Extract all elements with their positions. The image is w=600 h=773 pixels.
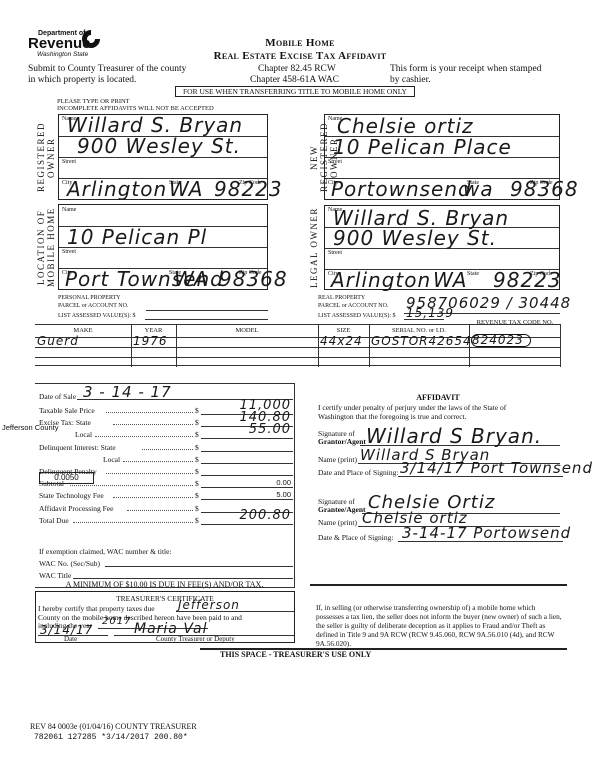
leader-dots — [127, 505, 193, 511]
leader-dots — [123, 456, 193, 462]
header-model: MODEL — [176, 327, 318, 334]
leader-dots — [106, 407, 193, 413]
treasurer-certificate-box: TREASURER'S CERTIFICATE I hereby certify… — [35, 591, 295, 643]
grantor-date-field[interactable]: 3/14/17 Port Townsend — [398, 465, 563, 477]
date-of-sale-label: Date of Sale — [39, 392, 76, 401]
registered-owner-label: REGISTERED OWNER — [36, 115, 58, 200]
affidavit-title: AFFIDAVIT — [318, 393, 558, 402]
tax-row-field[interactable]: 55.00 — [201, 428, 293, 439]
form-title-line1: Mobile Home — [200, 37, 400, 49]
street-label: Street — [328, 159, 342, 165]
new-owner-state[interactable]: wa — [463, 177, 494, 201]
tax-row-label: Affidavit Processing Fee — [39, 504, 113, 513]
submit-note-2: in which property is located. — [28, 75, 136, 86]
cell-serial[interactable]: GOSTOR42654 — [371, 334, 467, 348]
chapter-rcw: Chapter 82.45 RCW — [258, 64, 336, 75]
header-serial: SERIAL NO. or I.D. — [369, 327, 469, 334]
currency-symbol: $ — [195, 406, 199, 415]
currency-symbol: $ — [195, 491, 199, 500]
tax-row-field[interactable]: 5.00 — [201, 489, 293, 500]
cell-make[interactable]: Guerd — [37, 334, 129, 348]
grantor-date-label: Date and Place of Signing: — [318, 469, 398, 477]
table-row-divider — [35, 357, 561, 358]
leader-dots — [73, 517, 193, 523]
registered-owner-address[interactable]: 900 Wesley St. — [77, 134, 241, 158]
new-owner-city[interactable]: Portownsend — [331, 177, 472, 201]
tax-row-field[interactable] — [201, 441, 293, 452]
street-label: Street — [62, 159, 76, 165]
header-size: SIZE — [318, 327, 369, 334]
treasurer-line-1: I hereby certify that property taxes due — [38, 604, 155, 613]
header-make: MAKE — [35, 327, 131, 334]
wac-no-field[interactable] — [105, 559, 293, 567]
tax-row-label: Total Due — [39, 516, 69, 525]
currency-symbol: $ — [195, 467, 199, 476]
leader-dots — [113, 419, 193, 425]
real-parcel-label: PARCEL or ACCOUNT NO. — [318, 303, 388, 309]
cell-size[interactable]: 44x24 — [320, 334, 367, 348]
tax-row-field[interactable] — [201, 465, 293, 476]
grantee-date-label: Date & Place of Signing: — [318, 534, 393, 542]
wac-no-label: WAC No. (Sec/Sub) — [39, 559, 100, 568]
transfer-banner: FOR USE WHEN TRANSFERRING TITLE TO MOBIL… — [175, 86, 415, 97]
treasurer-county: Jefferson — [178, 598, 240, 612]
table-right-border — [560, 325, 561, 367]
grantor-signature-field[interactable]: Willard S Bryan. — [360, 432, 560, 446]
currency-symbol: $ — [195, 418, 199, 427]
receipt-note-2: by cashier. — [390, 75, 431, 86]
header-revenue-tax-code: REVENUE TAX CODE NO. — [469, 319, 561, 326]
legal-owner-city[interactable]: Arlington — [331, 268, 431, 292]
registered-owner-state[interactable]: WA — [169, 177, 203, 201]
grantee-name-label: Name (print) — [318, 519, 357, 527]
currency-symbol: $ — [195, 516, 199, 525]
treasurer-date-label: Date — [64, 635, 77, 643]
lien-notice: If, in selling (or otherwise transferrin… — [316, 603, 564, 648]
grantor-sig-label-2: Grantor/Agent — [318, 438, 366, 446]
street-label: Street — [328, 250, 342, 256]
street-label: Street — [62, 249, 76, 255]
tax-row-value: 200.80 — [240, 508, 292, 523]
legal-owner-box: Name Street City State Zip Code Willard … — [324, 205, 560, 290]
form-id: REV 84 0003e (01/04/16) COUNTY TREASURER — [30, 722, 197, 731]
currency-symbol: $ — [195, 430, 199, 439]
personal-parcel-label: PARCEL or ACCOUNT NO. — [58, 303, 128, 309]
grantee-date: 3-14-17 Portowsend — [402, 524, 571, 542]
date-of-sale-value: 3 - 14 - 17 — [83, 383, 172, 401]
grantor-date: 3/14/17 Port Townsend — [400, 459, 593, 477]
real-property-label: REAL PROPERTY — [318, 295, 365, 301]
cell-year[interactable]: 1976 — [133, 334, 174, 348]
grantor-signature: Willard S Bryan. — [366, 424, 542, 448]
cell-revenue-tax-code[interactable]: 824023 — [471, 334, 531, 347]
wac-title-field[interactable] — [73, 571, 293, 579]
personal-assessed-field[interactable] — [145, 312, 268, 320]
name-label: Name — [62, 207, 76, 213]
location-state[interactable]: WA — [174, 267, 208, 291]
legal-owner-zip[interactable]: 98223 — [493, 268, 562, 292]
real-assessed-label: LIST ASSESSED VALUE(S): $ — [318, 313, 396, 319]
treasurer-county-field[interactable]: Jefferson — [176, 603, 294, 612]
county-name: Jefferson County — [2, 423, 59, 432]
currency-symbol: $ — [195, 455, 199, 464]
receipt-stamp: 782061 127285 *3/14/2017 200.80* — [34, 733, 188, 742]
legal-owner-state[interactable]: WA — [433, 268, 467, 292]
leader-dots — [106, 468, 193, 474]
exemption-label: If exemption claimed, WAC number & title… — [39, 547, 172, 556]
tax-row-label: Delinquent Interest: State — [39, 443, 116, 452]
tax-row-label: Taxable Sale Price — [39, 406, 95, 415]
affidavit-statement: I certify under penalty of perjury under… — [318, 404, 543, 421]
tax-row-label: State Technology Fee — [39, 491, 104, 500]
new-owner-address[interactable]: 10 Pelican Place — [333, 135, 512, 159]
currency-symbol: $ — [195, 479, 199, 488]
registered-owner-city[interactable]: Arlington — [67, 177, 167, 201]
leader-dots — [95, 431, 193, 437]
registered-owner-zip[interactable]: 98223 — [214, 177, 283, 201]
revenue-swirl-icon — [80, 28, 102, 50]
state-label: State — [467, 271, 479, 277]
location-zip[interactable]: 98368 — [219, 267, 288, 291]
location-box: Name Street City State Zip Code 10 Pelic… — [58, 204, 268, 290]
tax-row-field[interactable]: 0.00 — [201, 477, 293, 488]
new-owner-zip[interactable]: 98368 — [510, 177, 579, 201]
instructions-incomplete: INCOMPLETE AFFIDAVITS WILL NOT BE ACCEPT… — [57, 105, 214, 113]
submit-note-1: Submit to County Treasurer of the county — [28, 64, 186, 75]
real-assessed-field[interactable]: 15,139 — [404, 310, 444, 320]
currency-symbol: $ — [195, 504, 199, 513]
personal-assessed-label: LIST ASSESSED VALUE(S): $ — [58, 313, 136, 319]
mobile-home-table: MAKEYEARMODELSIZESERIAL NO. or I.D.REVEN… — [35, 324, 561, 366]
leader-dots — [113, 492, 193, 498]
legal-owner-address[interactable]: 900 Wesley St. — [333, 226, 497, 250]
registered-owner-box: Name Street City State Zip Code Willard … — [58, 114, 268, 200]
tax-row-field[interactable] — [201, 453, 293, 464]
grantee-date-field[interactable]: 3-14-17 Portowsend — [398, 530, 563, 542]
leader-dots — [142, 444, 193, 450]
logo-state-text: Washington State — [37, 51, 88, 58]
personal-property-label: PERSONAL PROPERTY — [58, 295, 121, 301]
delinquent-rate-box[interactable]: 0.0050 — [39, 472, 94, 484]
location-label: LOCATION OF MOBILE HOME — [36, 205, 58, 290]
receipt-note-1: This form is your receipt when stamped — [390, 64, 541, 75]
treasurer-use-only: THIS SPACE - TREASURER'S USE ONLY — [220, 650, 371, 659]
dor-logo: Department of Revenue Washington State — [28, 30, 108, 60]
treasurer-year: 2017 — [102, 616, 131, 627]
location-address[interactable]: 10 Pelican Pl — [67, 225, 207, 249]
form-title-line2: Real Estate Excise Tax Affidavit — [170, 50, 430, 62]
tax-computation-box: Date of Sale 3 - 14 - 17 Taxable Sale Pr… — [35, 383, 295, 588]
wac-title-label: WAC Title — [39, 571, 71, 580]
tax-row-field[interactable]: 200.80 — [201, 514, 293, 525]
header-year: YEAR — [131, 327, 176, 334]
tax-row-label: Local — [75, 430, 92, 439]
tax-row-value: 5.00 — [276, 490, 291, 499]
tax-row-value: 0.00 — [276, 478, 291, 487]
real-assessed-value: 15,139 — [406, 306, 454, 320]
grantee-sig-label-2: Grantee/Agent — [318, 506, 366, 514]
currency-symbol: $ — [195, 443, 199, 452]
signature-divider — [310, 584, 567, 586]
minimum-due-note: A MINIMUM OF $10.00 IS DUE IN FEE(S) AND… — [35, 580, 294, 589]
personal-parcel-field[interactable] — [146, 303, 268, 311]
tax-row-label: Local — [103, 455, 120, 464]
treasurer-title: TREASURER'S CERTIFICATE — [36, 594, 294, 603]
treasurer-signer-label: County Treasurer or Deputy — [156, 635, 235, 643]
new-registered-owner-box: Name Street City State Zip Code Chelsie … — [324, 114, 560, 200]
grantor-name-label: Name (print) — [318, 456, 357, 464]
chapter-wac: Chapter 458-61A WAC — [250, 75, 339, 86]
tax-row-value: 55.00 — [249, 422, 291, 437]
